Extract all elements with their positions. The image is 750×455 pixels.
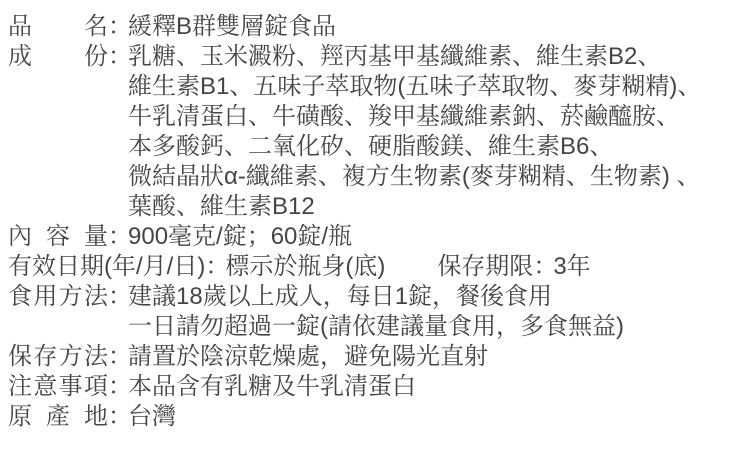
- storage-method-value: 請置於陰涼乾燥處，避免陽光直射: [128, 343, 488, 370]
- ingredients-line-6: 葉酸、維生素B12: [128, 193, 315, 220]
- shelf-life-value: 3年: [553, 253, 590, 280]
- ingredients-line-1: 乳糖、玉米澱粉、羥丙基甲基纖維素、維生素B2、: [128, 43, 661, 70]
- row-ingredients-cont: 本多酸鈣、二氧化矽、硬脂酸鎂、維生素B6、: [8, 132, 746, 162]
- storage-method-label: 保存方法: [8, 342, 108, 372]
- row-product-name: 品名：緩釋B群雙層錠食品: [8, 12, 746, 42]
- usage-directions-label: 食用方法: [8, 282, 108, 312]
- net-content-label: 內容量: [8, 222, 108, 252]
- row-expiry-date: 有效日期(年/月/日)：標示於瓶身(底)保存期限：3年: [8, 252, 746, 282]
- colon-separator: ：: [108, 402, 128, 432]
- shelf-life-label: 保存期限: [437, 253, 533, 280]
- ingredients-line-5: 微結晶狀α-纖維素、複方生物素(麥芽糊精、生物素) 、: [128, 163, 701, 190]
- colon-separator: ：: [108, 342, 128, 372]
- row-ingredients-cont: 葉酸、維生素B12: [8, 192, 746, 222]
- expiry-date-value: 標示於瓶身(底): [225, 253, 385, 280]
- row-usage-directions: 食用方法：建議18歲以上成人，每日1錠，餐後食用: [8, 282, 746, 312]
- row-usage-directions-cont: 一日請勿超過一錠(請依建議量食用，多食無益): [8, 312, 746, 342]
- colon-separator: ：: [108, 42, 128, 72]
- row-storage-method: 保存方法：請置於陰涼乾燥處，避免陽光直射: [8, 342, 746, 372]
- colon-separator: ：: [205, 252, 225, 282]
- colon-separator: ：: [108, 222, 128, 252]
- ingredients-line-3: 牛乳清蛋白、牛磺酸、羧甲基纖維素鈉、菸鹼醯胺、: [128, 103, 680, 130]
- precautions-label: 注意事項: [8, 372, 108, 402]
- colon-separator: ：: [108, 12, 128, 42]
- row-country-of-origin: 原產地：台灣: [8, 402, 746, 432]
- colon-separator: ：: [533, 252, 553, 282]
- product-name-value: 緩釋B群雙層錠食品: [128, 13, 336, 40]
- country-of-origin-value: 台灣: [128, 403, 176, 430]
- ingredients-label: 成份: [8, 42, 108, 72]
- expiry-date-label: 有效日期(年/月/日): [8, 252, 205, 282]
- colon-separator: ：: [108, 372, 128, 402]
- usage-directions-line-2: 一日請勿超過一錠(請依建議量食用，多食無益): [128, 313, 624, 340]
- colon-separator: ：: [108, 282, 128, 312]
- row-precautions: 注意事項：本品含有乳糖及牛乳清蛋白: [8, 372, 746, 402]
- product-label-document: 品名：緩釋B群雙層錠食品 成份：乳糖、玉米澱粉、羥丙基甲基纖維素、維生素B2、 …: [0, 0, 750, 455]
- country-of-origin-label: 原產地: [8, 402, 108, 432]
- row-ingredients: 成份：乳糖、玉米澱粉、羥丙基甲基纖維素、維生素B2、: [8, 42, 746, 72]
- net-content-value: 900毫克/錠；60錠/瓶: [128, 223, 352, 250]
- ingredients-line-2: 維生素B1、五味子萃取物(五味子萃取物、麥芽糊精)、: [128, 73, 701, 100]
- precautions-value: 本品含有乳糖及牛乳清蛋白: [128, 373, 416, 400]
- product-name-label: 品名: [8, 12, 108, 42]
- row-ingredients-cont: 微結晶狀α-纖維素、複方生物素(麥芽糊精、生物素) 、: [8, 162, 746, 192]
- row-net-content: 內容量：900毫克/錠；60錠/瓶: [8, 222, 746, 252]
- usage-directions-line-1: 建議18歲以上成人，每日1錠，餐後食用: [128, 283, 552, 310]
- row-ingredients-cont: 維生素B1、五味子萃取物(五味子萃取物、麥芽糊精)、: [8, 72, 746, 102]
- row-ingredients-cont: 牛乳清蛋白、牛磺酸、羧甲基纖維素鈉、菸鹼醯胺、: [8, 102, 746, 132]
- ingredients-line-4: 本多酸鈣、二氧化矽、硬脂酸鎂、維生素B6、: [128, 133, 613, 160]
